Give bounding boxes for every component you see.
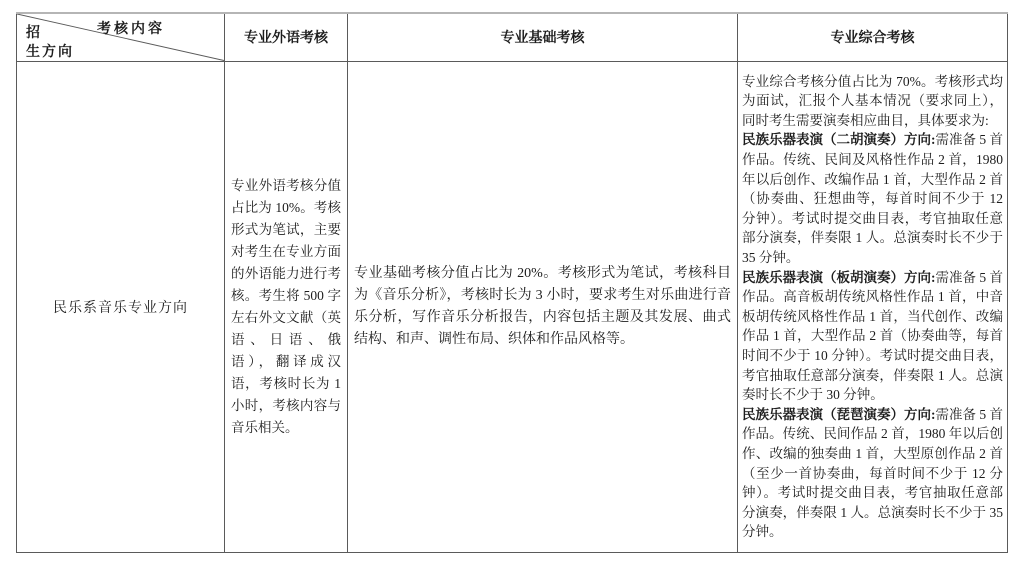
comprehensive-assessment-cell: 专业综合考核分值占比为 70%。考核形式均为面试，汇报个人基本情况（要求同上），… [738, 61, 1008, 553]
column-header-comprehensive-assessment: 专业综合考核 [738, 13, 1008, 61]
corner-label-line2: 生方向 [26, 43, 74, 62]
banhu-requirement-text: 需准备 5 首作品。高音板胡传统风格性作品 1 首，中音板胡传统风格性作品 1 … [742, 270, 1003, 403]
exam-requirements-table: 考核内容 招 生方向 专业外语考核 专业基础考核 专业综合考核 民乐系音乐专业方… [16, 12, 1008, 553]
erhu-direction-heading: 民族乐器表演（二胡演奏）方向: [742, 132, 936, 147]
foreign-language-assessment-cell: 专业外语考核分值占比为 10%。考核形式为笔试，主要对考生在专业方面的外语能力进… [225, 61, 348, 553]
corner-label-line1: 招 [26, 24, 74, 43]
document-page: 考核内容 招 生方向 专业外语考核 专业基础考核 专业综合考核 民乐系音乐专业方… [0, 0, 1024, 568]
corner-header-cell: 考核内容 招 生方向 [17, 13, 225, 61]
pipa-direction-heading: 民族乐器表演（琵琶演奏）方向: [742, 407, 936, 422]
pipa-requirement-text: 需准备 5 首作品。传统、民间作品 2 首，1980 年以后创作、改编的独奏曲 … [742, 407, 1003, 540]
table-row: 民乐系音乐专业方向 专业外语考核分值占比为 10%。考核形式为笔试，主要对考生在… [17, 61, 1008, 553]
erhu-requirement-paragraph: 民族乐器表演（二胡演奏）方向:需准备 5 首作品。传统、民间及风格性作品 2 首… [742, 130, 1003, 267]
banhu-direction-heading: 民族乐器表演（板胡演奏）方向: [742, 270, 936, 285]
direction-cell: 民乐系音乐专业方向 [17, 61, 225, 553]
header-row: 考核内容 招 生方向 专业外语考核 专业基础考核 专业综合考核 [17, 13, 1008, 61]
column-header-foreign-language-assessment: 专业外语考核 [225, 13, 348, 61]
pipa-requirement-paragraph: 民族乐器表演（琵琶演奏）方向:需准备 5 首作品。传统、民间作品 2 首，198… [742, 405, 1003, 542]
column-header-basic-assessment: 专业基础考核 [348, 13, 738, 61]
erhu-requirement-text: 需准备 5 首作品。传统、民间及风格性作品 2 首，1980 年以后创作、改编作… [742, 132, 1003, 265]
corner-label-enrollment-direction: 招 生方向 [26, 24, 74, 62]
comprehensive-intro: 专业综合考核分值占比为 70%。考核形式均为面试，汇报个人基本情况（要求同上），… [742, 72, 1003, 131]
basic-assessment-cell: 专业基础考核分值占比为 20%。考核形式为笔试，考核科目为《音乐分析》，考核时长… [348, 61, 738, 553]
corner-label-assessment-content: 考核内容 [97, 18, 165, 38]
banhu-requirement-paragraph: 民族乐器表演（板胡演奏）方向:需准备 5 首作品。高音板胡传统风格性作品 1 首… [742, 268, 1003, 405]
